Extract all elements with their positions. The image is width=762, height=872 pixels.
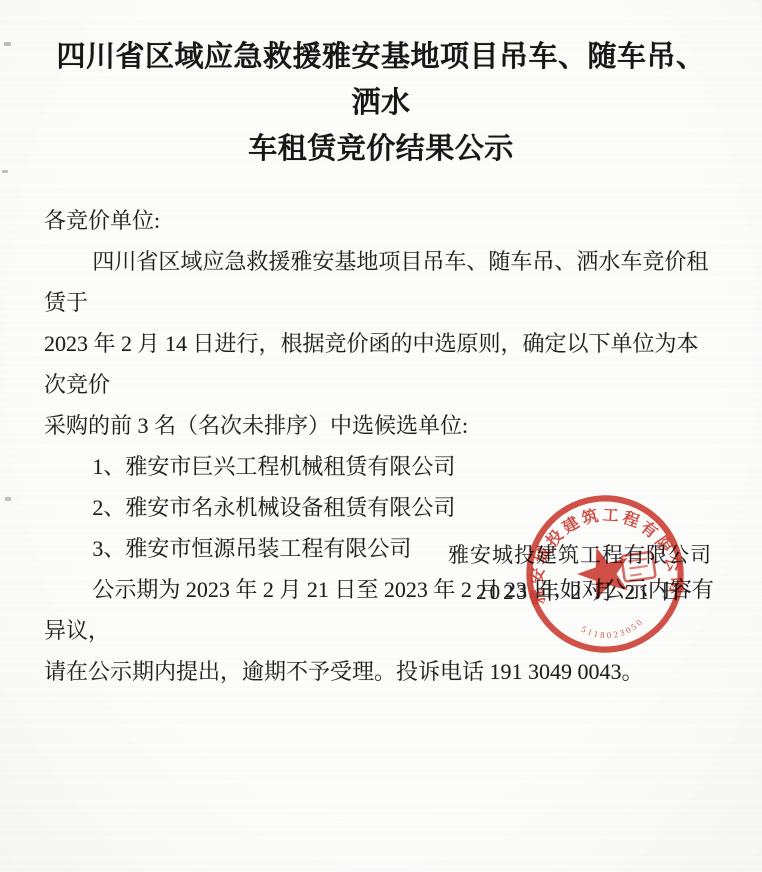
scan-speck	[5, 497, 11, 501]
paragraph-line: 采购的前 3 名（名次未排序）中选候选单位:	[44, 405, 718, 446]
document-title: 四川省区域应急救援雅安基地项目吊车、随车吊、洒水 车租赁竞价结果公示	[44, 34, 718, 172]
salutation: 各竞价单位:	[44, 200, 718, 241]
scan-speck	[4, 42, 11, 46]
paragraph-line: 2023 年 2 月 14 日进行，根据竞价函的中选原则，确定以下单位为本次竞价	[44, 323, 718, 405]
seal-inner-mark	[628, 559, 646, 562]
scanned-document-page: 四川省区域应急救援雅安基地项目吊车、随车吊、洒水 车租赁竞价结果公示 各竞价单位…	[0, 0, 762, 872]
svg-text:雅安城投建筑工程有限公司: 雅安城投建筑工程有限公司	[517, 495, 688, 614]
winner-item-1: 1、雅安市巨兴工程机械租赁有限公司	[44, 446, 718, 487]
title-line-2: 车租赁竞价结果公示	[44, 126, 718, 172]
seal-star-icon	[571, 539, 637, 603]
seal-inner-mark	[630, 574, 641, 576]
paragraph-line: 四川省区域应急救援雅安基地项目吊车、随车吊、洒水车竞价租赁于	[44, 241, 718, 323]
scan-speck	[2, 170, 8, 173]
seal-inner-mark	[629, 566, 647, 569]
paragraph-1: 四川省区域应急救援雅安基地项目吊车、随车吊、洒水车竞价租赁于 2023 年 2 …	[44, 241, 718, 446]
title-line-1: 四川省区域应急救援雅安基地项目吊车、随车吊、洒水	[44, 34, 718, 126]
official-seal: 雅安城投建筑工程有限公司 5118023050	[506, 475, 705, 674]
seal-ring-text: 雅安城投建筑工程有限公司	[517, 495, 688, 614]
